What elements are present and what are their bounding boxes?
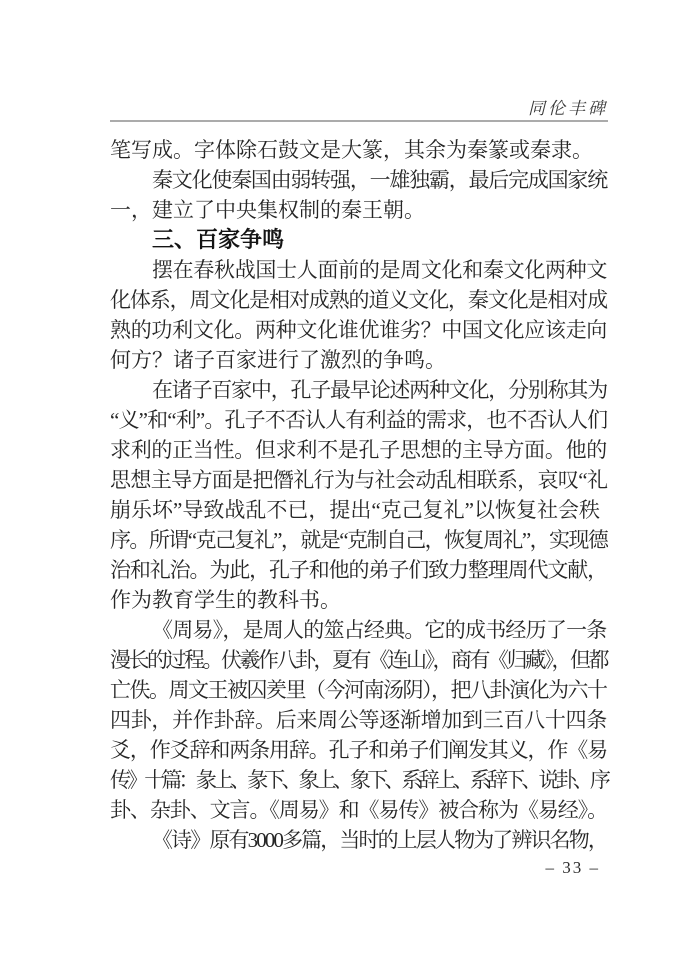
paragraph: 《周易》，是周人的筮占经典。它的成书经历了一条漫长的过程。伏羲作八卦，夏有《连山… (110, 615, 607, 825)
paragraph: 笔写成。字体除石鼓文是大篆，其余为秦篆或秦隶。 (110, 135, 607, 165)
text-line: 化体系，周文化是相对成熟的道义文化，秦文化是相对成 (110, 285, 607, 315)
text-line: 四卦，并作卦辞。后来周公等逐渐增加到三百八十四条 (110, 705, 607, 735)
text-line: 治和礼治。为此，孔子和他的弟子们致力整理周代文献， (110, 555, 607, 585)
paragraph: 秦文化使秦国由弱转强，一雄独霸，最后完成国家统一，建立了中央集权制的秦王朝。 (110, 165, 607, 225)
running-header-title: 同伦丰碑 (528, 94, 608, 119)
section-heading: 三、百家争鸣 (110, 225, 607, 255)
page-body: 笔写成。字体除石鼓文是大篆，其余为秦篆或秦隶。秦文化使秦国由弱转强，一雄独霸，最… (110, 135, 607, 855)
text-line: 何方？诸子百家进行了激烈的争鸣。 (110, 345, 607, 375)
text-line: 序。所谓“克己复礼”，就是“克制自己，恢复周礼”，实现德 (110, 525, 607, 555)
text-line: 秦文化使秦国由弱转强，一雄独霸，最后完成国家统 (110, 165, 607, 195)
text-line: 在诸子百家中，孔子最早论述两种文化，分别称其为 (110, 375, 607, 405)
text-line: 作为教育学生的教科书。 (110, 585, 607, 615)
text-line: 卦、杂卦、文言。《周易》和《易传》被合称为《易经》。 (110, 795, 607, 825)
text-line: 笔写成。字体除石鼓文是大篆，其余为秦篆或秦隶。 (110, 135, 607, 165)
book-page: 同伦丰碑 笔写成。字体除石鼓文是大篆，其余为秦篆或秦隶。秦文化使秦国由弱转强，一… (0, 0, 692, 968)
text-line: “义”和“利”。孔子不否认人有利益的需求，也不否认人们 (110, 405, 607, 435)
paragraph: 摆在春秋战国士人面前的是周文化和秦文化两种文化体系，周文化是相对成熟的道义文化，… (110, 255, 607, 375)
text-line: 《诗》原有3000多篇，当时的上层人物为了辨识名物， (110, 825, 607, 855)
paragraph: 在诸子百家中，孔子最早论述两种文化，分别称其为“义”和“利”。孔子不否认人有利益… (110, 375, 607, 615)
text-line: 《周易》，是周人的筮占经典。它的成书经历了一条 (110, 615, 607, 645)
text-line: 求利的正当性。但求利不是孔子思想的主导方面。他的 (110, 435, 607, 465)
text-line: 亡佚。周文王被囚羑里（今河南汤阴），把八卦演化为六十 (110, 675, 607, 705)
text-line: 一，建立了中央集权制的秦王朝。 (110, 195, 607, 225)
header-rule (110, 120, 608, 122)
text-line: 传》十篇：彖上、彖下、象上、象下、系辞上、系辞下、说卦、序 (110, 765, 607, 795)
heading-text: 三、百家争鸣 (110, 225, 607, 255)
page-number: – 33 – (546, 858, 601, 878)
text-line: 漫长的过程。伏羲作八卦，夏有《连山》，商有《归藏》，但都 (110, 645, 607, 675)
text-line: 思想主导方面是把僭礼行为与社会动乱相联系，哀叹“礼 (110, 465, 607, 495)
text-line: 爻，作爻辞和两条用辞。孔子和弟子们阐发其义，作《易 (110, 735, 607, 765)
text-line: 崩乐坏”导致战乱不已，提出“克己复礼”以恢复社会秩 (110, 495, 607, 525)
paragraph: 《诗》原有3000多篇，当时的上层人物为了辨识名物， (110, 825, 607, 855)
text-line: 摆在春秋战国士人面前的是周文化和秦文化两种文 (110, 255, 607, 285)
text-line: 熟的功利文化。两种文化谁优谁劣？中国文化应该走向 (110, 315, 607, 345)
